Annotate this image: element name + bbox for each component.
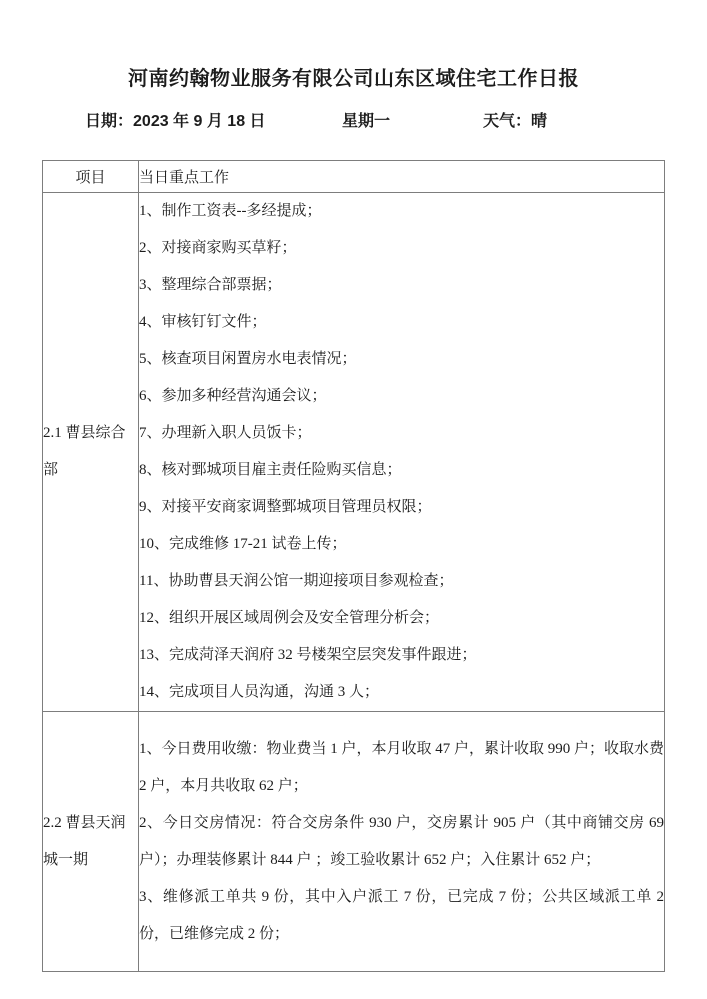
work-item: 3、维修派工单共 9 份，其中入户派工 7 份，已完成 7 份；公共区域派工单 … xyxy=(139,879,664,953)
work-item: 5、核查项目闲置房水电表情况； xyxy=(139,341,664,378)
work-items-cell: 1、制作工资表--多经提成； 2、对接商家购买草籽； 3、整理综合部票据； 4、… xyxy=(139,193,665,712)
weather-value: 晴 xyxy=(531,113,547,130)
work-items-list: 1、制作工资表--多经提成； 2、对接商家购买草籽； 3、整理综合部票据； 4、… xyxy=(139,193,664,711)
column-header-work: 当日重点工作 xyxy=(139,161,665,193)
column-header-project: 项目 xyxy=(43,161,139,193)
project-cell: 2.2 曹县天润城一期 xyxy=(43,712,139,972)
daily-report-table: 项目 当日重点工作 2.1 曹县综合部 1、制作工资表--多经提成； 2、对接商… xyxy=(42,160,665,972)
work-item: 2、今日交房情况：符合交房条件 930 户，交房累计 905 户（其中商铺交房 … xyxy=(139,805,664,879)
work-item: 1、今日费用收缴：物业费当 1 户，本月收取 47 户，累计收取 990 户；收… xyxy=(139,731,664,805)
work-item: 10、完成维修 17-21 试卷上传； xyxy=(139,526,664,563)
project-cell: 2.1 曹县综合部 xyxy=(43,193,139,712)
document-page: 河南约翰物业服务有限公司山东区域住宅工作日报 日期：2023 年 9 月 18 … xyxy=(0,0,707,999)
table-header-row: 项目 当日重点工作 xyxy=(43,161,665,193)
page-title: 河南约翰物业服务有限公司山东区域住宅工作日报 xyxy=(0,66,707,92)
date-field: 日期：2023 年 9 月 18 日 xyxy=(85,110,266,134)
date-label: 日期： xyxy=(85,113,133,130)
table-row-caoxian-tianrun: 2.2 曹县天润城一期 1、今日费用收缴：物业费当 1 户，本月收取 47 户，… xyxy=(43,712,665,972)
work-item: 1、制作工资表--多经提成； xyxy=(139,193,664,230)
work-item: 7、办理新入职人员饭卡； xyxy=(139,415,664,452)
work-item: 4、审核钉钉文件； xyxy=(139,304,664,341)
date-value: 2023 年 9 月 18 日 xyxy=(133,113,266,130)
work-item: 9、对接平安商家调整鄄城项目管理员权限； xyxy=(139,489,664,526)
work-item: 14、完成项目人员沟通，沟通 3 人； xyxy=(139,674,664,711)
work-item: 12、组织开展区域周例会及安全管理分析会； xyxy=(139,600,664,637)
work-items-cell: 1、今日费用收缴：物业费当 1 户，本月收取 47 户，累计收取 990 户；收… xyxy=(139,712,665,972)
table-row-caoxian-zonghebu: 2.1 曹县综合部 1、制作工资表--多经提成； 2、对接商家购买草籽； 3、整… xyxy=(43,193,665,712)
weather-field: 天气：晴 xyxy=(483,110,547,134)
work-item: 6、参加多种经营沟通会议； xyxy=(139,378,664,415)
work-item: 8、核对鄄城项目雇主责任险购买信息； xyxy=(139,452,664,489)
work-item: 3、整理综合部票据； xyxy=(139,267,664,304)
work-item: 11、协助曹县天润公馆一期迎接项目参观检查； xyxy=(139,563,664,600)
work-item: 2、对接商家购买草籽； xyxy=(139,230,664,267)
meta-line: 日期：2023 年 9 月 18 日 星期一 天气：晴 xyxy=(0,110,707,134)
weather-label: 天气： xyxy=(483,113,531,130)
weekday-value: 星期一 xyxy=(342,110,390,134)
work-items-list: 1、今日费用收缴：物业费当 1 户，本月收取 47 户，累计收取 990 户；收… xyxy=(139,731,664,953)
work-item: 13、完成菏泽天润府 32 号楼架空层突发事件跟进； xyxy=(139,637,664,674)
